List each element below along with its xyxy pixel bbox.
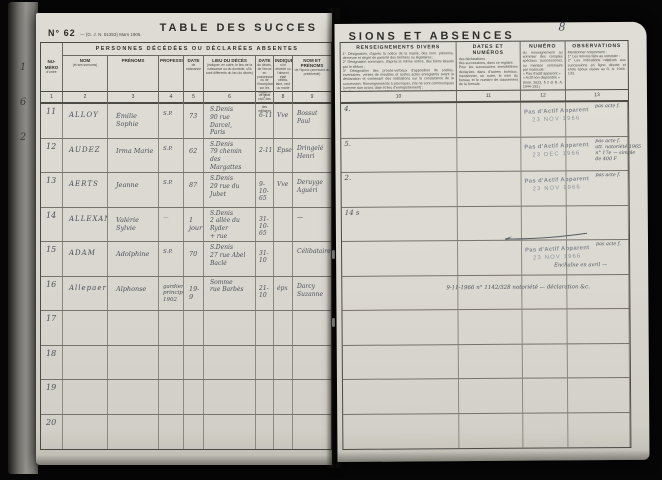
- table-row: 19: [41, 380, 331, 415]
- cell-nom: [63, 415, 108, 450]
- table-row: 9-11-1966 n° 1142/328 notoriété — déclar…: [342, 274, 629, 311]
- cell-numero: 18: [41, 346, 63, 380]
- cell-date-naissance: 1 jour: [184, 208, 204, 242]
- cell-prenoms: Jeanne: [108, 173, 159, 207]
- cell-lieu-deces: [204, 380, 256, 414]
- cell-sommier: [523, 378, 568, 412]
- cell-numero: 17: [41, 311, 63, 345]
- cell-profession: S.P.: [159, 139, 184, 173]
- cell-etat-civil: [274, 415, 293, 450]
- cell-declarations: [458, 310, 522, 344]
- column-number: 13: [566, 90, 628, 100]
- column-sublabel: (et ses surnoms): [64, 64, 106, 68]
- succession-table-right: RENSEIGNEMENTS DIVERS 1° Désignation, d'…: [340, 40, 632, 450]
- page-number: 8: [558, 20, 565, 33]
- stamp-date: 23 DEC 1966: [532, 150, 580, 158]
- table-row: 14 ALLEXANDRE Valérie Sylvie — 1 jour S.…: [41, 208, 331, 243]
- table-row: 2. Pas d'Actif Apparent 23 NOV 1966 pas …: [342, 171, 629, 208]
- observation-note: pas acte f. att. notoriété 1965 n° 17e —…: [595, 138, 657, 163]
- cell-date-naissance: [184, 346, 204, 380]
- cell-prenoms: [108, 380, 159, 414]
- table-header-left: NU-MÉRO d'ordre PERSONNES DÉCÉDÉES OU DÉ…: [41, 43, 331, 92]
- column-description: du renseignement au sommier des comptes …: [523, 50, 563, 88]
- table-row: 11 ALLOY Émilie Sophie S.P. 73 S.Denis 9…: [41, 104, 331, 139]
- cell-profession: S.P.: [159, 242, 184, 276]
- cell-lieu-deces: S.Denis 27 rue Abel Baclé: [204, 242, 256, 276]
- cell-numero: 12: [41, 139, 63, 173]
- column-label: NU-MÉRO: [41, 59, 62, 69]
- stitch-mark: [332, 250, 335, 259]
- cell-date-deces: [256, 311, 274, 345]
- column-number: 11: [457, 91, 521, 101]
- cell-renseignements: [343, 345, 459, 379]
- cell-date-naissance: 73: [184, 104, 204, 138]
- cell-date-deces: 2-11: [256, 139, 274, 173]
- cell-etat-civil: Épse: [274, 139, 293, 173]
- cell-renseignements: [342, 310, 458, 344]
- cell-observations: [567, 309, 629, 343]
- cell-date-naissance: [184, 380, 204, 414]
- cell-profession: [159, 311, 184, 345]
- table-row: 13 AERTS Jeanne S.P. 87 S.Denis 29 rue d…: [41, 173, 331, 208]
- column-number: 4: [159, 92, 184, 102]
- cell-renseignements: [343, 379, 459, 413]
- cell-sommier: [523, 413, 568, 448]
- column-label: DATES ET NUMÉROS: [459, 44, 518, 56]
- cell-prenoms: Irma Marie: [108, 139, 159, 173]
- column-number: 8: [274, 92, 293, 102]
- cell-nom: ALLOY: [63, 104, 108, 138]
- cell-lieu-deces: Somme rue Barbès: [204, 277, 256, 311]
- column-sublabel: (indiquer, en outre, le lieu de la naiss…: [205, 64, 254, 75]
- cell-sommier: [522, 309, 567, 343]
- column-number: 2: [63, 92, 108, 102]
- spine-mark: 6: [20, 97, 26, 108]
- cell-numero: 20: [41, 415, 63, 450]
- cell-nom: [63, 346, 108, 380]
- cell-date-naissance: 62: [184, 139, 204, 173]
- cell-prenoms: Adolphine: [108, 242, 159, 276]
- cell-profession: [159, 380, 184, 414]
- cell-date-naissance: [184, 415, 204, 450]
- column-description: des déclarations des successions, dans c…: [459, 57, 518, 87]
- column-number: 1: [41, 92, 63, 102]
- spine-mark: 2: [20, 132, 26, 143]
- cell-declarations: [459, 413, 523, 448]
- cell-declarations: [458, 172, 522, 206]
- cell-nom: ADAM: [63, 242, 108, 276]
- cell-profession: S.P.: [159, 104, 184, 138]
- cell-observations: [568, 412, 630, 447]
- cell-date-naissance: 70: [184, 242, 204, 276]
- table-header-right: RENSEIGNEMENTS DIVERS 1° Désignation, d'…: [341, 41, 628, 92]
- cell-nom: ALLEXANDRE: [63, 208, 108, 242]
- cell-numero: 15: [41, 242, 63, 276]
- column-number: 3: [108, 92, 159, 102]
- scanned-ledger-spread: 162 N° 62 — (G. J. N. 51353) Mars 1905. …: [0, 0, 662, 480]
- group-header: PERSONNES DÉCÉDÉES OU DÉCLARÉES ABSENTES: [63, 43, 331, 56]
- table-row: [343, 412, 630, 449]
- cell-prenoms: [108, 311, 159, 345]
- cell-date-naissance: 19-9: [184, 277, 204, 311]
- cell-date-deces: [256, 415, 274, 450]
- cell-nom: AUDEZ: [63, 139, 108, 173]
- cell-renseignements: [341, 103, 457, 137]
- cell-numero: 14: [41, 208, 63, 242]
- cell-profession: [159, 415, 184, 450]
- column-number: 10: [341, 91, 457, 102]
- cell-renseignements: [342, 172, 458, 206]
- cell-date-deces: 31-10-65: [256, 208, 274, 242]
- table-row: 20: [41, 415, 331, 450]
- cell-etat-civil: [274, 380, 293, 414]
- column-sublabel: de l'époux (survivant ou prédécédé): [294, 69, 330, 77]
- table-body-right: 4. Pas d'Actif Apparent 23 NOV 1966 pas …: [341, 102, 630, 449]
- column-sublabel: d'ordre: [46, 71, 56, 75]
- margin-number: 4.: [344, 105, 351, 113]
- cell-prenoms: Valérie Sylvie: [108, 208, 159, 242]
- cell-date-deces: 21-10: [256, 277, 274, 311]
- margin-number: 2.: [345, 174, 352, 182]
- cell-profession: —: [159, 208, 184, 242]
- column-label: PRÉNOMS: [109, 58, 157, 63]
- stitch-mark: [332, 318, 335, 327]
- table-row: 17: [41, 311, 331, 346]
- cell-nom: [63, 380, 108, 414]
- column-number: 7: [256, 92, 274, 102]
- cell-etat-civil: Vve: [274, 173, 293, 207]
- observation-note: pas acte f.: [595, 104, 657, 111]
- succession-table-left: NU-MÉRO d'ordre PERSONNES DÉCÉDÉES OU DÉ…: [40, 42, 332, 450]
- column-number: 5: [184, 92, 204, 102]
- column-description: 1° Désignation, d'après la notice de la …: [343, 51, 454, 91]
- cell-declarations: [459, 344, 523, 378]
- declaration-note: 9-11-1966 n° 1142/328 notoriété — déclar…: [446, 284, 616, 291]
- column-label: OBSERVATIONS: [568, 43, 626, 49]
- column-header: OBSERVATIONS Mentionner notamment : 1° L…: [566, 41, 628, 89]
- cell-declarations: [457, 103, 521, 137]
- cell-renseignements: [341, 138, 457, 172]
- cell-date-deces: 9-10-65: [256, 173, 274, 207]
- arrow-mark: [497, 229, 589, 244]
- cell-nom: AERTS: [63, 173, 108, 207]
- cell-observations: [568, 343, 630, 377]
- column-description: Mentionner notamment : 1° Les renvois fa…: [568, 50, 626, 76]
- cell-renseignements: [343, 414, 459, 449]
- left-page: N° 62 — (G. J. N. 51353) Mars 1905. TABL…: [36, 13, 332, 465]
- cell-profession: gardienne principale 1902: [159, 277, 184, 311]
- cell-declarations: [457, 137, 521, 171]
- cell-declarations: [458, 275, 522, 309]
- cell-etat-civil: [274, 208, 293, 242]
- column-sublabel: si le décédé ou l'absent était céliba-ta…: [275, 64, 291, 90]
- column-sublabel: de naissance: [185, 64, 202, 72]
- column-number: 12: [521, 90, 566, 100]
- column-header: RENSEIGNEMENTS DIVERS 1° Désignation, d'…: [341, 42, 457, 91]
- table-row: 15 ADAM Adolphine S.P. 70 S.Denis 27 rue…: [41, 242, 331, 277]
- table-row: 12 AUDEZ Irma Marie S.P. 62 S.Denis 79 c…: [41, 139, 331, 174]
- cell-lieu-deces: S.Denis 29 rue du Jubet: [204, 173, 256, 207]
- form-number: N° 62: [48, 28, 76, 38]
- cell-nom: Allepaerts: [63, 277, 108, 311]
- cell-nom: [63, 311, 108, 345]
- cell-declarations: [458, 241, 522, 275]
- cell-date-deces: 6-11: [256, 104, 274, 138]
- table-row: [342, 309, 629, 346]
- cell-profession: S.P.: [159, 173, 184, 207]
- column-label: NOM ET PRÉNOMS: [294, 58, 330, 68]
- cell-lieu-deces: S.Denis 2 allée du Ryder + rue Delpech: [204, 208, 256, 242]
- column-header-numero: NU-MÉRO d'ordre: [41, 43, 63, 91]
- column-label: PROFESSION: [160, 58, 182, 63]
- cell-etat-civil: [274, 311, 293, 345]
- cell-numero: 11: [41, 104, 63, 138]
- column-header: NUMÉRO du renseignement au sommier des c…: [521, 41, 566, 89]
- cell-prenoms: Émilie Sophie: [108, 104, 159, 138]
- spine-annotations: 162: [12, 62, 34, 143]
- cell-declarations: [459, 379, 523, 413]
- margin-number: 14 s: [345, 208, 360, 216]
- cell-sommier: [523, 344, 568, 378]
- form-identifier: N° 62 — (G. J. N. 51353) Mars 1905.: [48, 23, 142, 41]
- cell-etat-civil: [274, 242, 293, 276]
- column-label: RENSEIGNEMENTS DIVERS: [343, 44, 454, 51]
- right-page: SIONS ET ABSENCES 8 N° 62 RENSEIGNEMENTS…: [334, 22, 649, 462]
- table-row: 4. Pas d'Actif Apparent 23 NOV 1966 pas …: [341, 102, 628, 139]
- cell-prenoms: Alphonse: [108, 277, 159, 311]
- cell-numero: 16: [41, 277, 63, 311]
- table-row: 16 Allepaerts Alphonse gardienne princip…: [41, 277, 331, 312]
- cell-lieu-deces: S.Denis 90 rue Darcel, Paris: [204, 104, 256, 138]
- cell-numero: 19: [41, 380, 63, 414]
- cell-observations: [568, 378, 630, 412]
- margin-number: 5.: [344, 139, 351, 147]
- page-title-left: TABLE DES SUCCES: [160, 22, 318, 34]
- cell-date-naissance: 87: [184, 173, 204, 207]
- secondary-note: Enchaîne en avril —: [554, 262, 607, 268]
- table-row: 5. Pas d'Actif Apparent 23 DEC 1966 pas …: [341, 136, 628, 173]
- cell-observations: [567, 274, 629, 308]
- observation-note: pas acte f.: [596, 242, 658, 249]
- table-body-left: 11 ALLOY Émilie Sophie S.P. 73 S.Denis 9…: [41, 104, 331, 449]
- cell-lieu-deces: [204, 311, 256, 345]
- cell-sommier: [522, 275, 567, 309]
- cell-renseignements: [342, 241, 458, 275]
- cell-date-deces: 31-10: [256, 242, 274, 276]
- cell-numero: 13: [41, 173, 63, 207]
- cell-date-deces: [256, 346, 274, 380]
- cell-lieu-deces: S.Denis 79 chemin des Margattes: [204, 139, 256, 173]
- table-row: [343, 378, 630, 415]
- observation-note: pas acte f.: [596, 173, 658, 180]
- spine-mark: 1: [20, 62, 26, 73]
- cell-etat-civil: [274, 346, 293, 380]
- column-number: 6: [204, 92, 256, 102]
- column-label: NUMÉRO: [523, 43, 563, 49]
- cell-date-naissance: [184, 311, 204, 345]
- table-row: [343, 343, 630, 380]
- cell-etat-civil: Vve: [274, 104, 293, 138]
- cell-etat-civil: épx: [274, 277, 293, 311]
- cell-lieu-deces: [204, 346, 256, 380]
- table-row: Pas d'Actif Apparent 23 NOV 1966 pas act…: [342, 240, 629, 277]
- column-header: DATES ET NUMÉROS des déclarations des su…: [457, 42, 521, 90]
- form-reference: — (G. J. N. 51353) Mars 1905.: [80, 32, 142, 37]
- table-row: 18: [41, 346, 331, 381]
- cell-renseignements: [342, 276, 458, 310]
- cell-prenoms: [108, 415, 159, 450]
- cell-prenoms: [108, 346, 159, 380]
- cell-profession: [159, 346, 184, 380]
- cell-date-deces: [256, 380, 274, 414]
- cell-lieu-deces: [204, 415, 256, 450]
